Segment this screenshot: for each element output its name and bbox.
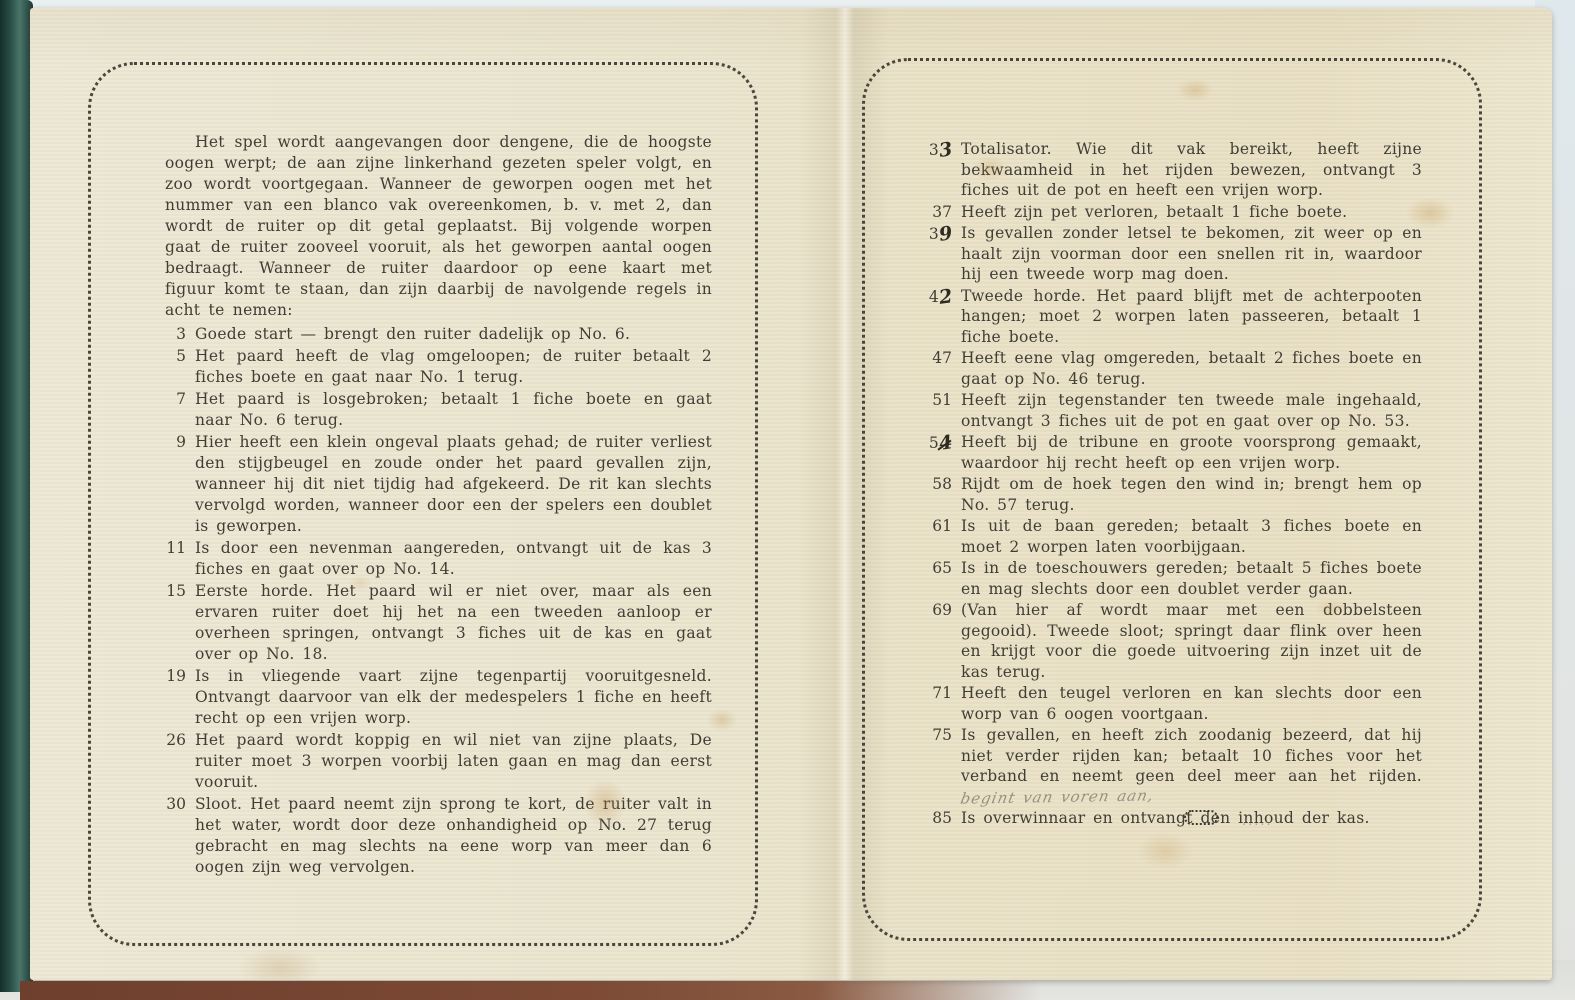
rule-text: Heeft eene vlag omgereden, betaalt 2 fic… bbox=[961, 348, 1422, 389]
rule-item-71: 71Heeft den teugel verloren en kan slech… bbox=[928, 683, 1422, 724]
rule-number: 51 bbox=[928, 390, 961, 431]
rule-text: Eerste horde. Het paard wil er niet over… bbox=[195, 581, 712, 665]
rule-item-58: 58Rijdt om de hoek tegen den wind in; br… bbox=[928, 474, 1422, 515]
rule-item-5: 5Het paard heeft de vlag omgeloopen; de … bbox=[165, 346, 712, 388]
rule-number: 33 bbox=[928, 139, 961, 201]
rule-item-3: 3Goede start — brengt den ruiter dadelij… bbox=[165, 324, 712, 345]
rule-item-15: 15Eerste horde. Het paard wil er niet ov… bbox=[165, 581, 712, 665]
rule-text: Het paard heeft de vlag omgeloopen; de r… bbox=[195, 346, 712, 388]
rule-item-85: 85Is overwinnaar en ontvangt den inhoud … bbox=[928, 808, 1422, 829]
rule-number: 75 bbox=[928, 725, 961, 807]
left-page-text-column: Het spel wordt aangevangen door dengene,… bbox=[165, 132, 712, 879]
rule-number: 11 bbox=[165, 538, 195, 580]
rule-number: 47 bbox=[928, 348, 961, 389]
rule-text: Heeft bij de tribune en groote voorspron… bbox=[961, 432, 1422, 473]
rule-item-9: 9Hier heeft een klein ongeval plaats geh… bbox=[165, 432, 712, 537]
table-surface-brown bbox=[20, 981, 1040, 1000]
handwritten-ink-digit: 4 bbox=[938, 432, 954, 454]
rule-number: 26 bbox=[165, 730, 195, 793]
rule-text: Is gevallen zonder letsel te bekomen, zi… bbox=[961, 223, 1422, 285]
rule-item-47: 47Heeft eene vlag omgereden, betaalt 2 f… bbox=[928, 348, 1422, 389]
booklet-paper: Het spel wordt aangevangen door dengene,… bbox=[30, 8, 1552, 980]
rule-item-30: 30Sloot. Het paard neemt zijn sprong te … bbox=[165, 794, 712, 878]
rule-text: Het paard wordt koppig en wil niet van z… bbox=[195, 730, 712, 793]
intro-paragraph: Het spel wordt aangevangen door dengene,… bbox=[165, 132, 712, 321]
rule-item-54: 54Heeft bij de tribune en groote voorspr… bbox=[928, 432, 1422, 473]
rule-number: 39 bbox=[928, 223, 961, 285]
rule-number: 30 bbox=[165, 794, 195, 878]
rule-number: 7 bbox=[165, 389, 195, 431]
rule-number: 19 bbox=[165, 666, 195, 729]
handwritten-ink-digit: 3 bbox=[938, 139, 954, 161]
rule-text: Totalisator. Wie dit vak bereikt, heeft … bbox=[961, 139, 1422, 201]
rule-number: 3 bbox=[165, 324, 195, 345]
rule-number: 5 bbox=[165, 346, 195, 388]
pencil-annotation: begint van voren aan, bbox=[959, 785, 1156, 809]
left-rules-list: 3Goede start — brengt den ruiter dadelij… bbox=[165, 324, 712, 878]
rule-item-69: 69(Van hier af wordt maar met een dobbel… bbox=[928, 600, 1422, 682]
rule-number: 54 bbox=[928, 432, 961, 473]
end-ornament-dotted-oval bbox=[1184, 810, 1218, 825]
handwritten-ink-digit: 9 bbox=[938, 223, 954, 245]
rule-text: Tweede horde. Het paard blijft met de ac… bbox=[961, 286, 1422, 348]
rule-text: Heeft zijn tegenstander ten tweede male … bbox=[961, 390, 1422, 431]
rule-item-61: 61Is uit de baan gereden; betaalt 3 fich… bbox=[928, 516, 1422, 557]
rule-item-65: 65Is in de toeschouwers gereden; betaalt… bbox=[928, 558, 1422, 599]
rule-item-42: 42Tweede horde. Het paard blijft met de … bbox=[928, 286, 1422, 348]
rule-text: Goede start — brengt den ruiter dadelijk… bbox=[195, 324, 712, 345]
rule-item-39: 39Is gevallen zonder letsel te bekomen, … bbox=[928, 223, 1422, 285]
right-page-text-column: 33Totalisator. Wie dit vak bereikt, heef… bbox=[928, 139, 1422, 830]
rule-number: 58 bbox=[928, 474, 961, 515]
rule-text: Hier heeft een klein ongeval plaats geha… bbox=[195, 432, 712, 537]
rule-number: 9 bbox=[165, 432, 195, 537]
rule-item-11: 11Is door een nevenman aangereden, ontva… bbox=[165, 538, 712, 580]
rule-text: Is in de toeschouwers gereden; betaalt 5… bbox=[961, 558, 1422, 599]
rule-item-37: 37Heeft zijn pet verloren, betaalt 1 fic… bbox=[928, 202, 1422, 223]
rule-number: 42 bbox=[928, 286, 961, 348]
rule-text: Is in vliegende vaart zijne tegenpartij … bbox=[195, 666, 712, 729]
rule-text: Heeft zijn pet verloren, betaalt 1 fiche… bbox=[961, 202, 1422, 223]
rule-text: Is gevallen, en heeft zich zoodanig beze… bbox=[961, 725, 1422, 807]
rule-number: 37 bbox=[928, 202, 961, 223]
rule-item-19: 19Is in vliegende vaart zijne tegenparti… bbox=[165, 666, 712, 729]
rule-number: 65 bbox=[928, 558, 961, 599]
rule-text: Is door een nevenman aangereden, ontvang… bbox=[195, 538, 712, 580]
rule-text: Rijdt om de hoek tegen den wind in; bren… bbox=[961, 474, 1422, 515]
rule-item-7: 7Het paard is losgebroken; betaalt 1 fic… bbox=[165, 389, 712, 431]
rule-text: (Van hier af wordt maar met een dobbelst… bbox=[961, 600, 1422, 682]
rule-text: Sloot. Het paard neemt zijn sprong te ko… bbox=[195, 794, 712, 878]
rule-number: 71 bbox=[928, 683, 961, 724]
end-ornament-faint-dots: ..... bbox=[1242, 814, 1273, 829]
rule-number: 85 bbox=[928, 808, 961, 829]
rule-number: 61 bbox=[928, 516, 961, 557]
handwritten-ink-digit: 2 bbox=[938, 286, 954, 308]
rule-item-51: 51Heeft zijn tegenstander ten tweede mal… bbox=[928, 390, 1422, 431]
rule-item-26: 26Het paard wordt koppig en wil niet van… bbox=[165, 730, 712, 793]
photo-of-open-booklet: Het spel wordt aangevangen door dengene,… bbox=[0, 0, 1575, 1000]
rule-number: 69 bbox=[928, 600, 961, 682]
rule-item-75: 75Is gevallen, en heeft zich zoodanig be… bbox=[928, 725, 1422, 807]
right-rules-list: 33Totalisator. Wie dit vak bereikt, heef… bbox=[928, 139, 1422, 829]
rule-text: Is uit de baan gereden; betaalt 3 fiches… bbox=[961, 516, 1422, 557]
book-cover-spine bbox=[0, 0, 33, 992]
rule-number: 15 bbox=[165, 581, 195, 665]
rule-text: Heeft den teugel verloren en kan slechts… bbox=[961, 683, 1422, 724]
rule-item-33: 33Totalisator. Wie dit vak bereikt, heef… bbox=[928, 139, 1422, 201]
rule-text: Het paard is losgebroken; betaalt 1 fich… bbox=[195, 389, 712, 431]
